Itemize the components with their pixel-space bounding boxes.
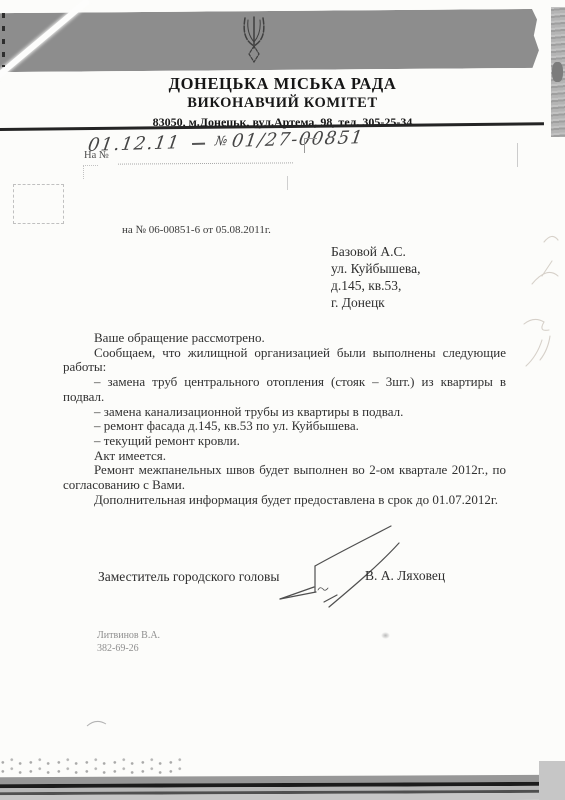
signer-position-title: Заместитель городского головы: [98, 569, 279, 585]
reply-reference-line: на № 06-00851-6 от 05.08.2011г.: [122, 224, 271, 236]
handwritten-dash: [192, 143, 205, 145]
body-paragraph: – замена канализационной трубы из кварти…: [63, 405, 506, 420]
bottom-scan-edge: [0, 775, 565, 800]
registration-handwriting: 01.12.11 № 01/27-00851: [88, 127, 364, 156]
body-paragraph: – ремонт фасада д.145, кв.53 по ул. Куйб…: [63, 419, 506, 434]
left-edge-scan-marks: [2, 13, 5, 67]
body-paragraph: Сообщаем, что жилищной организацией были…: [63, 346, 506, 375]
faint-bracket-mark: [83, 165, 98, 179]
top-scan-band: [0, 9, 546, 72]
recipient-address-line: д.145, кв.53,: [331, 278, 421, 295]
faint-arc-mark: [86, 718, 108, 728]
bottom-scan-speckles: [0, 757, 185, 775]
number-sign: №: [214, 134, 229, 149]
handwritten-number: 01/27-00851: [230, 127, 365, 152]
organization-name-line2: ВИКОНАВЧИЙ КОМІТЕТ: [0, 95, 565, 112]
organization-name-line1: ДОНЕЦЬКА МІСЬКА РАДА: [0, 74, 565, 94]
body-paragraph: Акт имеется.: [63, 449, 506, 464]
crop-bracket-mark: [304, 138, 317, 153]
body-paragraph: – текущий ремонт кровли.: [63, 434, 506, 449]
recipient-block: Базовой А.С. ул. Куйбышева, д.145, кв.53…: [331, 244, 421, 312]
scanned-letter-page: ДОНЕЦЬКА МІСЬКА РАДА ВИКОНАВЧИЙ КОМІТЕТ …: [0, 0, 565, 800]
incoming-number-blank-line: [118, 162, 293, 164]
fold-tick-mark: [287, 176, 288, 190]
letterhead: ДОНЕЦЬКА МІСЬКА РАДА ВИКОНАВЧИЙ КОМІТЕТ …: [0, 74, 565, 130]
stamp-placeholder-box: [13, 184, 64, 224]
recipient-name: Базовой А.С.: [331, 244, 421, 261]
signer-name: В. А. Ляховец: [365, 568, 445, 584]
body-paragraph: Дополнительная информация будет предоста…: [63, 493, 506, 508]
incoming-number-label: На №: [84, 150, 109, 161]
body-paragraph: – замена труб центрального отопления (ст…: [63, 375, 506, 404]
recipient-address-line: г. Донецк: [331, 295, 421, 312]
ukraine-trident-icon: [241, 16, 267, 64]
executor-phone: 382-69-26: [97, 642, 160, 655]
body-paragraph: Ремонт межпанельных швов будет выполнен …: [63, 463, 506, 492]
executor-block: Литвинов В.А. 382-69-26: [97, 629, 160, 655]
executor-name: Литвинов В.А.: [97, 629, 160, 642]
body-paragraph: Ваше обращение рассмотрено.: [63, 331, 506, 346]
recipient-address-line: ул. Куйбышева,: [331, 261, 421, 278]
letter-body: Ваше обращение рассмотрено. Сообщаем, чт…: [63, 331, 506, 507]
fold-tick-mark-right: [517, 143, 518, 167]
bottom-right-scan-block: [539, 761, 565, 800]
handwritten-signature: [258, 514, 428, 619]
margin-handwriting-artifact: [512, 228, 565, 368]
faint-scan-blot: [381, 632, 390, 639]
